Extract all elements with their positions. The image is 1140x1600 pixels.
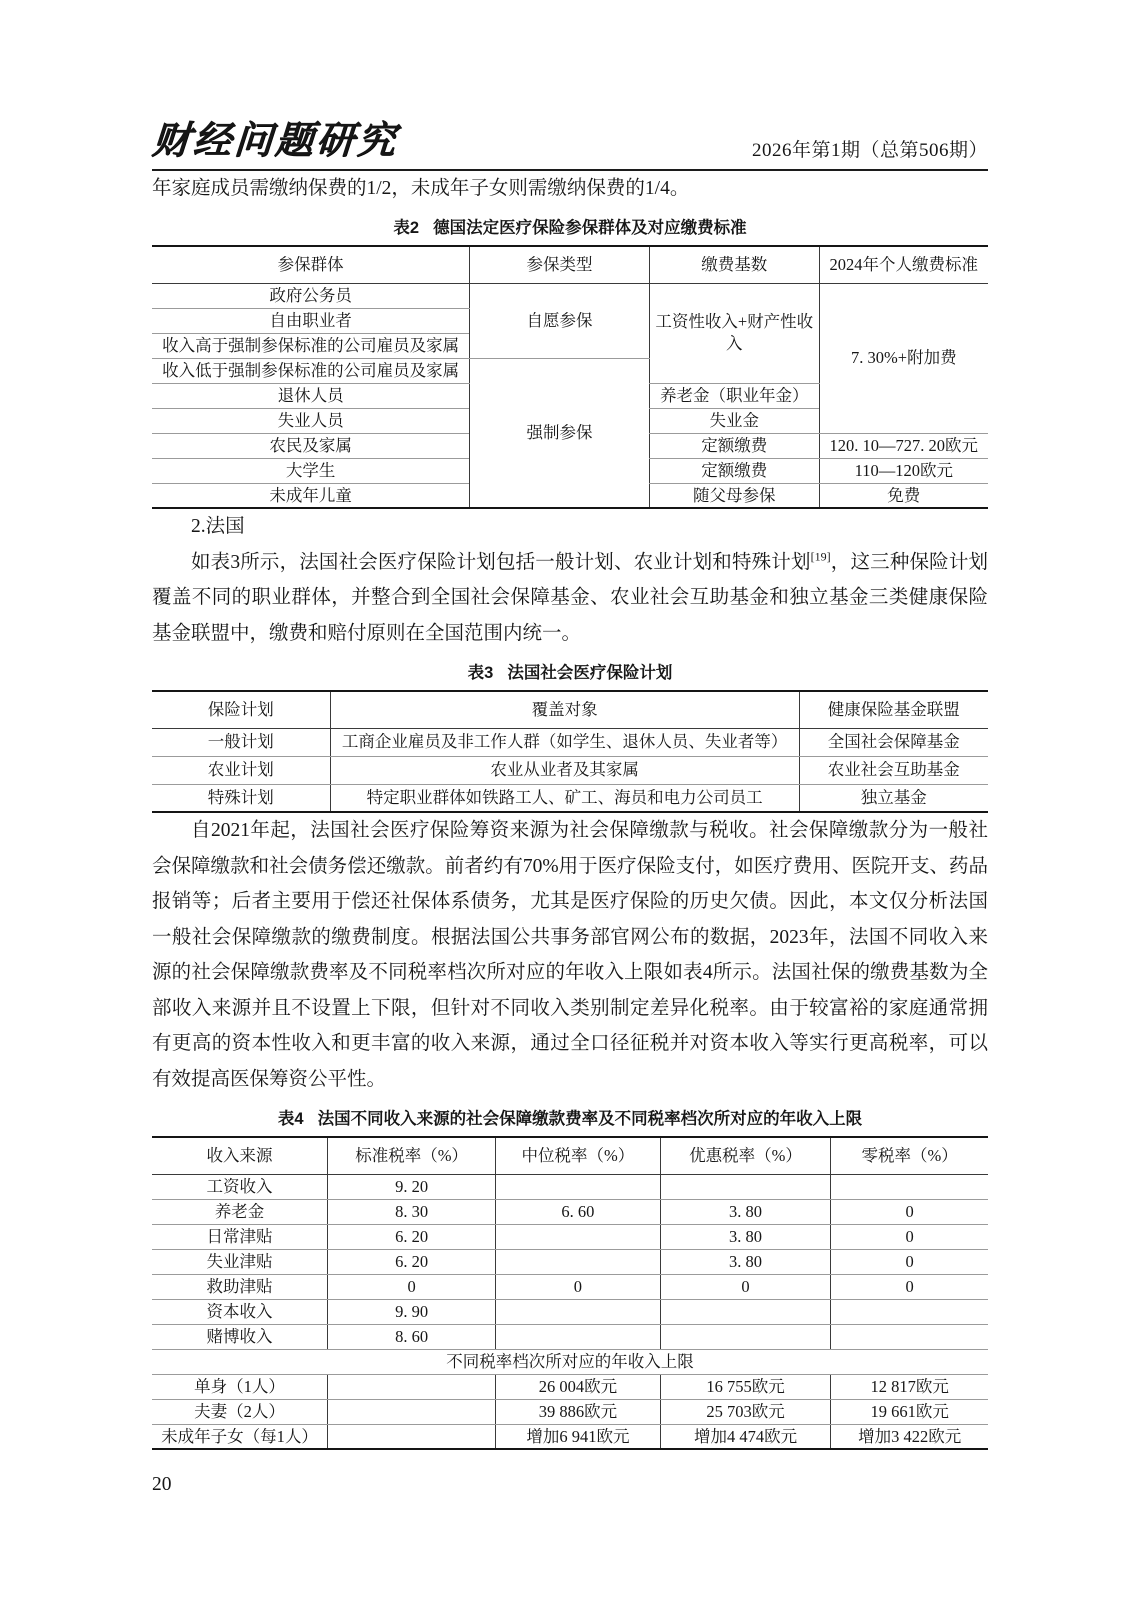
table-cell: 9. 90 xyxy=(328,1299,496,1324)
intro-paragraph: 年家庭成员需缴纳保费的1/2，未成年子女则需缴纳保费的1/4。 xyxy=(152,171,988,207)
table-cell xyxy=(831,1174,988,1199)
table-cell: 16 755欧元 xyxy=(660,1374,831,1399)
table-cell: 0 xyxy=(660,1274,831,1299)
table-cell: 收入高于强制参保标准的公司雇员及家属 xyxy=(152,333,470,358)
table3-caption: 表3法国社会医疗保险计划 xyxy=(152,651,988,690)
table-cell: 特定职业群体如铁路工人、矿工、海员和电力公司员工 xyxy=(330,784,799,812)
table4-caption-title: 法国不同收入来源的社会保障缴款费率及不同税率档次所对应的年收入上限 xyxy=(318,1110,863,1128)
table-cell xyxy=(496,1174,661,1199)
table-cell: 0 xyxy=(328,1274,496,1299)
table4-header-preferential: 优惠税率（%） xyxy=(660,1137,831,1174)
table-cell xyxy=(328,1399,496,1424)
table4-header-zero: 零税率（%） xyxy=(831,1137,988,1174)
table-cell: 免费 xyxy=(819,483,988,508)
table-cell: 农民及家属 xyxy=(152,433,470,458)
table-row: 夫妻（2人） 39 886欧元 25 703欧元 19 661欧元 xyxy=(152,1399,988,1424)
table-row: 工资收入 9. 20 xyxy=(152,1174,988,1199)
table-cell: 12 817欧元 xyxy=(831,1374,988,1399)
table-row: 特殊计划 特定职业群体如铁路工人、矿工、海员和电力公司员工 独立基金 xyxy=(152,784,988,812)
table-cell: 7. 30%+附加费 xyxy=(819,283,988,433)
table-cell: 养老金（职业年金） xyxy=(649,383,819,408)
table-cell: 农业从业者及其家属 xyxy=(330,756,799,784)
table2-header-group: 参保群体 xyxy=(152,246,470,283)
page-number: 20 xyxy=(152,1474,988,1496)
paragraph-france-plans: 如表3所示，法国社会医疗保险计划包括一般计划、农业计划和特殊计划[19]，这三种… xyxy=(152,545,988,652)
table-row: 救助津贴 0 0 0 0 xyxy=(152,1274,988,1299)
table4-header-standard: 标准税率（%） xyxy=(328,1137,496,1174)
table2-header-fee: 2024年个人缴费标准 xyxy=(819,246,988,283)
table-cell xyxy=(496,1249,661,1274)
table-cell: 39 886欧元 xyxy=(496,1399,661,1424)
table3-header-fund: 健康保险基金联盟 xyxy=(799,691,988,728)
table-cell: 自由职业者 xyxy=(152,308,470,333)
table3-caption-label: 表3 xyxy=(468,664,494,682)
table-cell: 工资收入 xyxy=(152,1174,328,1199)
table2-caption: 表2德国法定医疗保险参保群体及对应缴费标准 xyxy=(152,206,988,245)
table-row: 政府公务员 自愿参保 工资性收入+财产性收入 7. 30%+附加费 xyxy=(152,283,988,308)
table-cell xyxy=(660,1299,831,1324)
table4-divider-row: 不同税率档次所对应的年收入上限 xyxy=(152,1349,988,1374)
table-cell: 一般计划 xyxy=(152,728,330,756)
table-cell: 农业计划 xyxy=(152,756,330,784)
table-cell: 19 661欧元 xyxy=(831,1399,988,1424)
table-cell: 政府公务员 xyxy=(152,283,470,308)
table-cell: 110—120欧元 xyxy=(819,458,988,483)
table-cell: 增加3 422欧元 xyxy=(831,1424,988,1449)
table-cell: 定额缴费 xyxy=(649,458,819,483)
table-row: 养老金 8. 30 6. 60 3. 80 0 xyxy=(152,1199,988,1224)
issue-info: 2026年第1期（总第506期） xyxy=(752,135,988,162)
table4-caption: 表4法国不同收入来源的社会保障缴款费率及不同税率档次所对应的年收入上限 xyxy=(152,1097,988,1136)
table-row: 收入来源 标准税率（%） 中位税率（%） 优惠税率（%） 零税率（%） xyxy=(152,1137,988,1174)
table-cell: 0 xyxy=(831,1274,988,1299)
table2-germany-insurance: 参保群体 参保类型 缴费基数 2024年个人缴费标准 政府公务员 自愿参保 工资… xyxy=(152,245,988,509)
table-cell: 120. 10—727. 20欧元 xyxy=(819,433,988,458)
journal-logo: 财经问题研究 xyxy=(151,122,400,162)
table4-header-source: 收入来源 xyxy=(152,1137,328,1174)
table-row: 日常津贴 6. 20 3. 80 0 xyxy=(152,1224,988,1249)
table-cell: 26 004欧元 xyxy=(496,1374,661,1399)
table-cell: 单身（1人） xyxy=(152,1374,328,1399)
table-cell: 失业津贴 xyxy=(152,1249,328,1274)
table-row: 失业津贴 6. 20 3. 80 0 xyxy=(152,1249,988,1274)
table-cell: 6. 20 xyxy=(328,1224,496,1249)
table-cell: 工资性收入+财产性收入 xyxy=(649,283,819,383)
table-cell xyxy=(660,1174,831,1199)
table4-caption-label: 表4 xyxy=(278,1110,304,1128)
table-cell: 失业金 xyxy=(649,408,819,433)
table-cell xyxy=(831,1299,988,1324)
citation-ref-19: [19] xyxy=(811,549,831,563)
table-cell xyxy=(660,1324,831,1349)
table-cell: 3. 80 xyxy=(660,1224,831,1249)
table-row: 一般计划 工商企业雇员及非工作人群（如学生、退休人员、失业者等） 全国社会保障基… xyxy=(152,728,988,756)
table-cell: 失业人员 xyxy=(152,408,470,433)
table-cell: 强制参保 xyxy=(470,358,650,508)
table4-divider-label: 不同税率档次所对应的年收入上限 xyxy=(152,1349,988,1374)
table-cell xyxy=(496,1299,661,1324)
table3-header-coverage: 覆盖对象 xyxy=(330,691,799,728)
table-cell: 救助津贴 xyxy=(152,1274,328,1299)
table-row: 单身（1人） 26 004欧元 16 755欧元 12 817欧元 xyxy=(152,1374,988,1399)
table-cell xyxy=(496,1324,661,1349)
table-cell: 夫妻（2人） xyxy=(152,1399,328,1424)
table-cell: 8. 30 xyxy=(328,1199,496,1224)
table2-header-base: 缴费基数 xyxy=(649,246,819,283)
table-cell: 随父母参保 xyxy=(649,483,819,508)
table-cell: 退休人员 xyxy=(152,383,470,408)
table2-caption-label: 表2 xyxy=(393,219,419,237)
table2-header-type: 参保类型 xyxy=(470,246,650,283)
table-cell: 日常津贴 xyxy=(152,1224,328,1249)
table-cell: 农业社会互助基金 xyxy=(799,756,988,784)
table-cell xyxy=(831,1324,988,1349)
table-cell: 9. 20 xyxy=(328,1174,496,1199)
table-cell: 6. 60 xyxy=(496,1199,661,1224)
table-cell: 养老金 xyxy=(152,1199,328,1224)
table-row: 资本收入 9. 90 xyxy=(152,1299,988,1324)
table-row: 参保群体 参保类型 缴费基数 2024年个人缴费标准 xyxy=(152,246,988,283)
paragraph-text: 如表3所示，法国社会医疗保险计划包括一般计划、农业计划和特殊计划 xyxy=(191,552,811,573)
table-cell: 3. 80 xyxy=(660,1249,831,1274)
table-cell: 自愿参保 xyxy=(470,283,650,358)
table-cell: 独立基金 xyxy=(799,784,988,812)
page-content: 财经问题研究 2026年第1期（总第506期） 年家庭成员需缴纳保费的1/2，未… xyxy=(152,0,988,1496)
table-cell xyxy=(496,1224,661,1249)
table-cell: 0 xyxy=(831,1249,988,1274)
table-cell: 赌博收入 xyxy=(152,1324,328,1349)
table-cell: 工商企业雇员及非工作人群（如学生、退休人员、失业者等） xyxy=(330,728,799,756)
table-cell xyxy=(328,1424,496,1449)
table-row: 保险计划 覆盖对象 健康保险基金联盟 xyxy=(152,691,988,728)
table-cell: 0 xyxy=(496,1274,661,1299)
table-cell: 定额缴费 xyxy=(649,433,819,458)
table3-caption-title: 法国社会医疗保险计划 xyxy=(507,664,672,682)
section-heading: 2.法国 xyxy=(152,509,988,545)
table3-header-plan: 保险计划 xyxy=(152,691,330,728)
table-cell: 25 703欧元 xyxy=(660,1399,831,1424)
table-row: 赌博收入 8. 60 xyxy=(152,1324,988,1349)
table-cell: 6. 20 xyxy=(328,1249,496,1274)
table-cell: 0 xyxy=(831,1224,988,1249)
table-cell xyxy=(328,1374,496,1399)
table-cell: 3. 80 xyxy=(660,1199,831,1224)
table-row: 农业计划 农业从业者及其家属 农业社会互助基金 xyxy=(152,756,988,784)
table-row: 未成年子女（每1人） 增加6 941欧元 增加4 474欧元 增加3 422欧元 xyxy=(152,1424,988,1449)
table2-caption-title: 德国法定医疗保险参保群体及对应缴费标准 xyxy=(433,219,747,237)
table4-header-median: 中位税率（%） xyxy=(496,1137,661,1174)
table-cell: 8. 60 xyxy=(328,1324,496,1349)
table-cell: 资本收入 xyxy=(152,1299,328,1324)
paragraph-financing: 自2021年起，法国社会医疗保险筹资来源为社会保障缴款与税收。社会保障缴款分为一… xyxy=(152,813,988,1097)
table-cell: 增加6 941欧元 xyxy=(496,1424,661,1449)
table-cell: 增加4 474欧元 xyxy=(660,1424,831,1449)
table-cell: 收入低于强制参保标准的公司雇员及家属 xyxy=(152,358,470,383)
table-cell: 未成年儿童 xyxy=(152,483,470,508)
table-cell: 特殊计划 xyxy=(152,784,330,812)
table-cell: 大学生 xyxy=(152,458,470,483)
table4-france-rates: 收入来源 标准税率（%） 中位税率（%） 优惠税率（%） 零税率（%） 工资收入… xyxy=(152,1136,988,1450)
table-cell: 全国社会保障基金 xyxy=(799,728,988,756)
table3-france-plans: 保险计划 覆盖对象 健康保险基金联盟 一般计划 工商企业雇员及非工作人群（如学生… xyxy=(152,690,988,813)
table-cell: 未成年子女（每1人） xyxy=(152,1424,328,1449)
page-header: 财经问题研究 2026年第1期（总第506期） xyxy=(152,0,988,162)
table-cell: 0 xyxy=(831,1199,988,1224)
